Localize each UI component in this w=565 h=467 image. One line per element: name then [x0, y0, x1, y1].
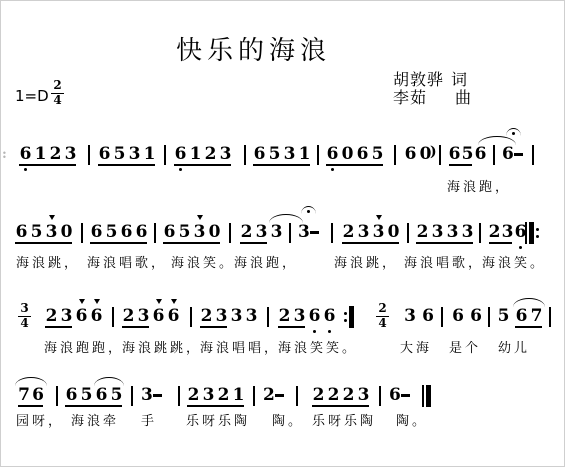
- note-digit: 6: [173, 145, 188, 164]
- accent-mark: [197, 215, 203, 220]
- dash-extension: [513, 145, 524, 164]
- beam-underline: [98, 164, 155, 166]
- barline: [549, 307, 551, 327]
- lyric-text: 海浪唱歌，: [404, 252, 484, 271]
- note-digit: 3: [141, 386, 152, 405]
- note-digit: 3: [269, 223, 284, 242]
- repeat-dots: [536, 228, 539, 239]
- fermata: [301, 206, 316, 214]
- note-digit: 2: [488, 223, 501, 242]
- beam-underline: [122, 326, 149, 328]
- note-group: 36: [401, 307, 437, 326]
- note-group: 6565: [64, 386, 124, 405]
- dash-line: [153, 394, 162, 397]
- note-digit: 0: [386, 223, 401, 242]
- beam-underline: [187, 405, 244, 407]
- barline: [253, 386, 255, 406]
- note-digit: 5: [109, 386, 124, 405]
- composer-name: 李茹: [393, 85, 427, 108]
- note-digit: 2: [311, 386, 326, 405]
- note-digit: 3: [356, 386, 371, 405]
- accent-mark: [156, 299, 162, 304]
- bar-thick: [426, 385, 431, 407]
- note-digit: 3: [201, 386, 216, 405]
- note-group: 66: [449, 307, 485, 326]
- note-digit: 3: [44, 223, 59, 242]
- header-time-signature: 2 4: [50, 80, 65, 106]
- barline: [331, 223, 333, 243]
- note-digit: 3: [501, 223, 514, 242]
- note-group: 656: [448, 145, 487, 164]
- note-digit: 6: [449, 307, 467, 326]
- repeat-dot: [536, 228, 539, 231]
- note-digit: 6: [322, 307, 337, 326]
- time-signature: 34: [17, 303, 32, 329]
- note-group: 236: [488, 223, 527, 242]
- lyric-text: 海浪笑。: [482, 252, 546, 271]
- note-digit: 6: [89, 223, 104, 242]
- note-digit: 3: [244, 307, 259, 326]
- dash-line: [401, 394, 410, 397]
- note-digit: 6: [74, 307, 89, 326]
- note-group: 6566: [89, 223, 149, 242]
- lyric-text: 园呀，: [16, 410, 64, 429]
- note-group: 2333: [199, 307, 259, 326]
- sheet-music-page: 快乐的海浪 胡敦骅 词 李茹 曲 1=D 2 4 :61236531612365…: [0, 0, 565, 467]
- note-digit: 3: [356, 223, 371, 242]
- beam-underline: [18, 405, 43, 407]
- barline: [81, 223, 83, 243]
- final-barline: [422, 385, 431, 407]
- beam-underline: [90, 242, 147, 244]
- lyric-text: 海浪跑，: [234, 252, 298, 271]
- barline: [479, 223, 481, 243]
- note-group: 76: [17, 386, 45, 405]
- barline: [441, 307, 443, 327]
- lyric-text: 海浪笑笑。: [278, 337, 358, 356]
- note-digit: 3: [192, 223, 207, 242]
- note-digit: 3: [292, 307, 307, 326]
- note-digit: 6: [389, 386, 400, 405]
- key-signature: 1=D: [15, 87, 49, 105]
- beam-underline: [200, 326, 227, 328]
- note-digit: 2: [239, 223, 254, 242]
- note-digit: 2: [121, 307, 136, 326]
- dash-line: [310, 231, 319, 234]
- note-group: 3: [298, 223, 320, 242]
- barline: [112, 307, 114, 327]
- note-digit: 5: [29, 223, 44, 242]
- note-digit: 2: [415, 223, 430, 242]
- note-digit: 6: [18, 145, 33, 164]
- barline: [164, 145, 166, 165]
- note-digit: 5: [461, 145, 474, 164]
- lyric-text: 大海: [400, 337, 432, 356]
- note-digit: 7: [17, 386, 31, 405]
- time-numerator: 3: [17, 303, 32, 314]
- note-digit: 5: [112, 145, 127, 164]
- lyric-text: 海浪跳跳，: [122, 337, 202, 356]
- barline: [407, 223, 409, 243]
- barline: [244, 145, 246, 165]
- note-group: 2: [263, 386, 285, 405]
- beam-underline: [515, 326, 542, 328]
- note-group: 2366: [44, 307, 104, 326]
- lyric-text: 乐呀乐陶: [312, 410, 376, 429]
- note-group: 2333: [415, 223, 475, 242]
- note-digit: 3: [229, 307, 244, 326]
- note-group: 2223: [311, 386, 371, 405]
- note-digit: 6: [474, 145, 487, 164]
- note-digit: 2: [186, 386, 201, 405]
- time-signature: 24: [375, 303, 390, 329]
- accent-mark: [49, 215, 55, 220]
- repeat-end-sign: [341, 306, 354, 328]
- octave-dot: [179, 168, 182, 171]
- fermata: [506, 128, 521, 136]
- dash-extension: [309, 223, 320, 242]
- note-digit: 7: [529, 307, 544, 326]
- barline: [131, 386, 133, 406]
- note-digit: 6: [166, 307, 181, 326]
- beam-underline: [163, 242, 220, 244]
- lyric-text: 手: [141, 410, 157, 429]
- note-digit: 1: [188, 145, 203, 164]
- lyric-text: 海浪跳，: [16, 252, 80, 271]
- barline: [154, 223, 156, 243]
- composer-role: 曲: [455, 85, 472, 108]
- note-group: 233: [239, 223, 284, 242]
- note-group: 60: [403, 145, 433, 164]
- note-digit: 2: [341, 223, 356, 242]
- lyric-text: 是个: [449, 337, 481, 356]
- note-digit: 2: [277, 307, 292, 326]
- note-digit: 6: [119, 223, 134, 242]
- lyric-text: 海浪跳，: [334, 252, 398, 271]
- barline: [532, 145, 534, 165]
- beam-underline: [19, 164, 76, 166]
- octave-dot: [519, 246, 522, 249]
- dash-extension: [400, 386, 411, 405]
- bar-thin: [422, 385, 424, 407]
- note-digit: 3: [298, 223, 309, 242]
- note-digit: 5: [104, 223, 119, 242]
- note-digit: 6: [355, 145, 370, 164]
- note-digit: 6: [467, 307, 485, 326]
- note-group: 6530: [162, 223, 222, 242]
- accent-mark: [171, 299, 177, 304]
- repeat-dots: [344, 312, 347, 323]
- note-digit: 6: [162, 223, 177, 242]
- fermata-dot: [512, 132, 515, 135]
- note-digit: 6: [31, 386, 45, 405]
- time-numerator: 2: [375, 303, 390, 314]
- beam-underline: [326, 164, 383, 166]
- note-group: 2330: [341, 223, 401, 242]
- slur: [15, 377, 47, 386]
- barline: [296, 386, 298, 406]
- barline: [493, 145, 495, 165]
- note-digit: 6: [502, 145, 513, 164]
- note-digit: 2: [326, 386, 341, 405]
- note-group: 2366: [121, 307, 181, 326]
- note-digit: 6: [448, 145, 461, 164]
- octave-dot: [328, 330, 331, 333]
- repeat-dot: [536, 235, 539, 238]
- bar-thin: [525, 222, 527, 244]
- note-group: 5: [496, 307, 511, 326]
- note-group: 3: [141, 386, 163, 405]
- note-digit: 3: [136, 307, 151, 326]
- note-digit: 2: [48, 145, 63, 164]
- barline: [178, 386, 180, 406]
- accent-mark: [376, 215, 382, 220]
- note-digit: 6: [252, 145, 267, 164]
- beam-underline: [416, 242, 473, 244]
- note-group: 6065: [325, 145, 385, 164]
- barline: [379, 386, 381, 406]
- note-digit: 2: [341, 386, 356, 405]
- repeat-dot: [344, 319, 347, 322]
- note-digit: 2: [203, 145, 218, 164]
- note-digit: 3: [127, 145, 142, 164]
- barline: [394, 145, 396, 165]
- barline: [190, 307, 192, 327]
- note-digit: 6: [64, 386, 79, 405]
- note-digit: 1: [231, 386, 246, 405]
- barline: [56, 386, 58, 406]
- note-digit: 6: [134, 223, 149, 242]
- note-digit: 6: [325, 145, 340, 164]
- dash-extension: [274, 386, 285, 405]
- bar-thick: [529, 222, 534, 244]
- note-digit: 3: [445, 223, 460, 242]
- note-digit: 6: [514, 307, 529, 326]
- time-denominator: 4: [375, 318, 390, 329]
- octave-dot: [313, 330, 316, 333]
- lyric-text: 陶。: [396, 410, 428, 429]
- beam-underline: [45, 326, 72, 328]
- lyric-text: 幼儿: [498, 337, 530, 356]
- bar-thick: [349, 306, 354, 328]
- beam-underline: [15, 242, 72, 244]
- faint-repeat-colon: :: [2, 147, 7, 162]
- note-digit: 6: [307, 307, 322, 326]
- note-digit: 2: [263, 386, 274, 405]
- note-group: 2321: [186, 386, 246, 405]
- note-digit: 6: [403, 145, 418, 164]
- dash-line: [514, 153, 523, 156]
- dash-line: [275, 394, 284, 397]
- note-digit: 5: [267, 145, 282, 164]
- slur: [513, 298, 545, 307]
- repeat-start-sign: [525, 222, 542, 244]
- fermata-dot: [307, 210, 310, 213]
- lyric-text: 海浪唱歌，: [87, 252, 167, 271]
- note-digit: 3: [460, 223, 475, 242]
- lyric-text: 海浪唱唱，: [200, 337, 280, 356]
- note-digit: 3: [430, 223, 445, 242]
- note-digit: 3: [218, 145, 233, 164]
- beam-underline: [65, 405, 122, 407]
- note-group: 6123: [18, 145, 78, 164]
- note-digit: 6: [151, 307, 166, 326]
- beam-underline: [342, 242, 399, 244]
- note-digit: 6: [14, 223, 29, 242]
- note-digit: 3: [401, 307, 419, 326]
- note-group: 6531: [97, 145, 157, 164]
- beam-underline: [253, 164, 310, 166]
- lyric-text: 海浪跑，: [447, 176, 511, 195]
- note-group: 2366: [277, 307, 337, 326]
- note-digit: 3: [282, 145, 297, 164]
- note-digit: 0: [59, 223, 74, 242]
- time-denominator: 4: [17, 318, 32, 329]
- note-group: 6531: [252, 145, 312, 164]
- note-digit: 6: [94, 386, 109, 405]
- beam-underline: [174, 164, 231, 166]
- octave-dot: [331, 168, 334, 171]
- lyric-text: 乐呀乐陶: [186, 410, 250, 429]
- barline: [88, 145, 90, 165]
- note-group: 6123: [173, 145, 233, 164]
- note-digit: 0: [207, 223, 222, 242]
- note-group: 67: [514, 307, 544, 326]
- song-title: 快乐的海浪: [1, 30, 506, 67]
- note-digit: 1: [142, 145, 157, 164]
- note-digit: 3: [59, 307, 74, 326]
- note-digit: 1: [297, 145, 312, 164]
- beam-underline: [240, 242, 267, 244]
- note-digit: 6: [419, 307, 437, 326]
- beam-underline: [312, 405, 369, 407]
- note-digit: 0: [340, 145, 355, 164]
- note-digit: 1: [33, 145, 48, 164]
- note-group: 6: [502, 145, 524, 164]
- barline: [229, 223, 231, 243]
- beam-underline: [449, 164, 472, 166]
- octave-dot: [24, 168, 27, 171]
- accent-mark: [79, 299, 85, 304]
- note-digit: 3: [214, 307, 229, 326]
- lyric-text: 海浪笑。: [171, 252, 235, 271]
- beam-underline: [278, 326, 305, 328]
- time-denominator: 4: [50, 95, 65, 106]
- dash-extension: [152, 386, 163, 405]
- lyric-text: 陶。: [272, 410, 304, 429]
- breath-paren: ): [430, 144, 437, 160]
- barline: [289, 223, 291, 243]
- accent-mark: [94, 299, 100, 304]
- note-group: 6530: [14, 223, 74, 242]
- note-digit: 5: [496, 307, 511, 326]
- note-digit: 3: [254, 223, 269, 242]
- note-digit: 2: [44, 307, 59, 326]
- lyric-text: 海浪牵: [71, 410, 119, 429]
- note-digit: 5: [177, 223, 192, 242]
- note-digit: 2: [216, 386, 231, 405]
- note-group: 6: [389, 386, 411, 405]
- note-digit: 2: [199, 307, 214, 326]
- repeat-dot: [344, 312, 347, 315]
- time-numerator: 2: [50, 80, 65, 91]
- lyric-text: 海浪跑跑，: [44, 337, 124, 356]
- slur: [94, 377, 124, 386]
- barline: [439, 145, 441, 165]
- barline: [267, 307, 269, 327]
- note-digit: 5: [370, 145, 385, 164]
- note-digit: 6: [97, 145, 112, 164]
- note-digit: 3: [371, 223, 386, 242]
- barline: [317, 145, 319, 165]
- beam-underline: [489, 242, 512, 244]
- note-digit: 5: [79, 386, 94, 405]
- note-digit: 3: [63, 145, 78, 164]
- barline: [488, 307, 490, 327]
- note-digit: 6: [89, 307, 104, 326]
